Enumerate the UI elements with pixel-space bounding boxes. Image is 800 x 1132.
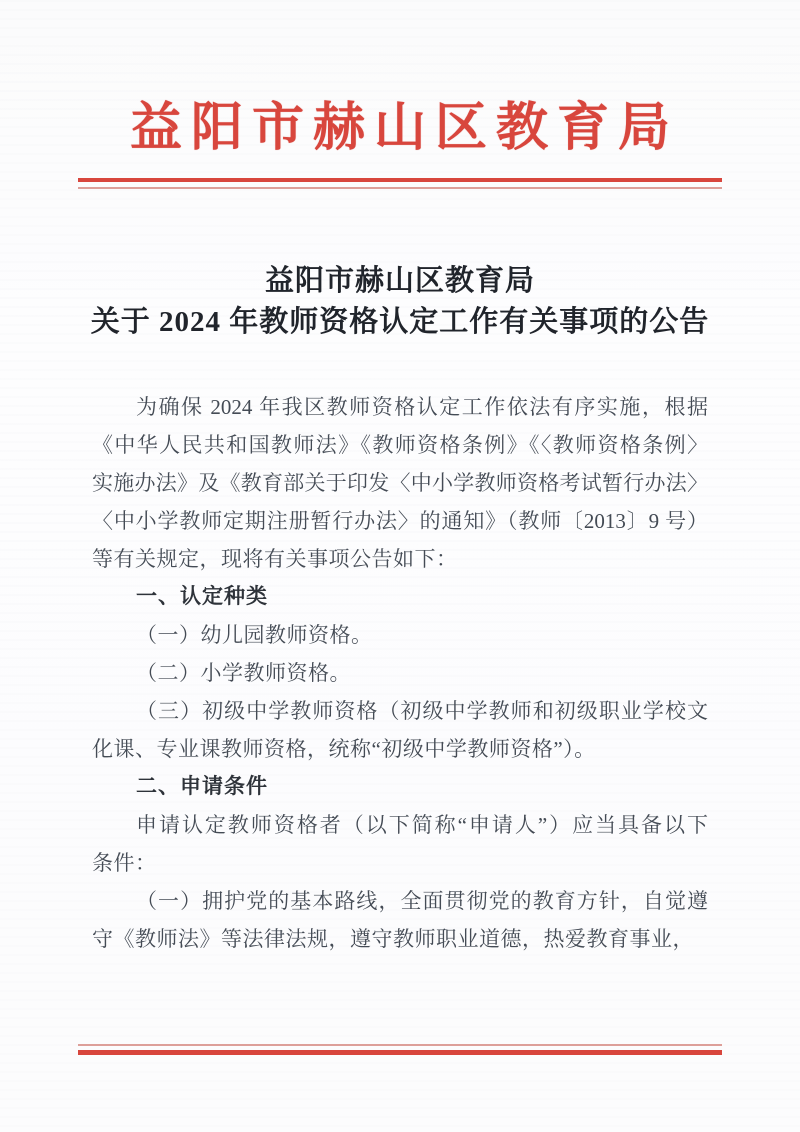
document-line: 申请认定教师资格者（以下简称“申请人”）应当具备以下 bbox=[92, 806, 708, 844]
document-line: （一）拥护党的基本路线，全面贯彻党的教育方针，自觉遵 bbox=[92, 882, 708, 920]
letterhead-rule-thick bbox=[78, 178, 722, 182]
scanned-official-document-page: 益阳市赫山区教育局 益阳市赫山区教育局 关于 2024 年教师资格认定工作有关事… bbox=[0, 0, 800, 1132]
document-line: 条件： bbox=[92, 844, 708, 882]
document-title: 益阳市赫山区教育局 关于 2024 年教师资格认定工作有关事项的公告 bbox=[0, 261, 800, 343]
section-heading: 二、申请条件 bbox=[92, 768, 708, 806]
document-line: 为确保 2024 年我区教师资格认定工作依法有序实施，根据 bbox=[92, 388, 708, 426]
document-line: （三）初级中学教师资格（初级中学教师和初级职业学校文 bbox=[92, 692, 708, 730]
document-line: 《中华人民共和国教师法》《教师资格条例》《〈教师资格条例〉 bbox=[92, 426, 708, 464]
document-line: 化课、专业课教师资格，统称“初级中学教师资格”）。 bbox=[92, 730, 708, 768]
document-line: 守《教师法》等法律法规，遵守教师职业道德，热爱教育事业， bbox=[92, 920, 708, 958]
document-title-line1: 益阳市赫山区教育局 bbox=[0, 261, 800, 302]
document-line: 等有关规定，现将有关事项公告如下： bbox=[92, 540, 708, 578]
letterhead-title: 益阳市赫山区教育局 bbox=[0, 98, 800, 160]
document-line: 实施办法》及《教育部关于印发〈中小学教师资格考试暂行办法〉 bbox=[92, 464, 708, 502]
document-line: （一）幼儿园教师资格。 bbox=[92, 616, 708, 654]
document-body: 为确保 2024 年我区教师资格认定工作依法有序实施，根据《中华人民共和国教师法… bbox=[92, 388, 708, 958]
document-title-line2: 关于 2024 年教师资格认定工作有关事项的公告 bbox=[0, 302, 800, 343]
document-line: （二）小学教师资格。 bbox=[92, 654, 708, 692]
letterhead-rule-thin bbox=[78, 187, 722, 189]
section-heading: 一、认定种类 bbox=[92, 578, 708, 616]
footer-rule-thin bbox=[78, 1044, 722, 1046]
footer-rule-thick bbox=[78, 1050, 722, 1055]
document-line: 〈中小学教师定期注册暂行办法〉的通知》（教师〔2013〕9 号） bbox=[92, 502, 708, 540]
